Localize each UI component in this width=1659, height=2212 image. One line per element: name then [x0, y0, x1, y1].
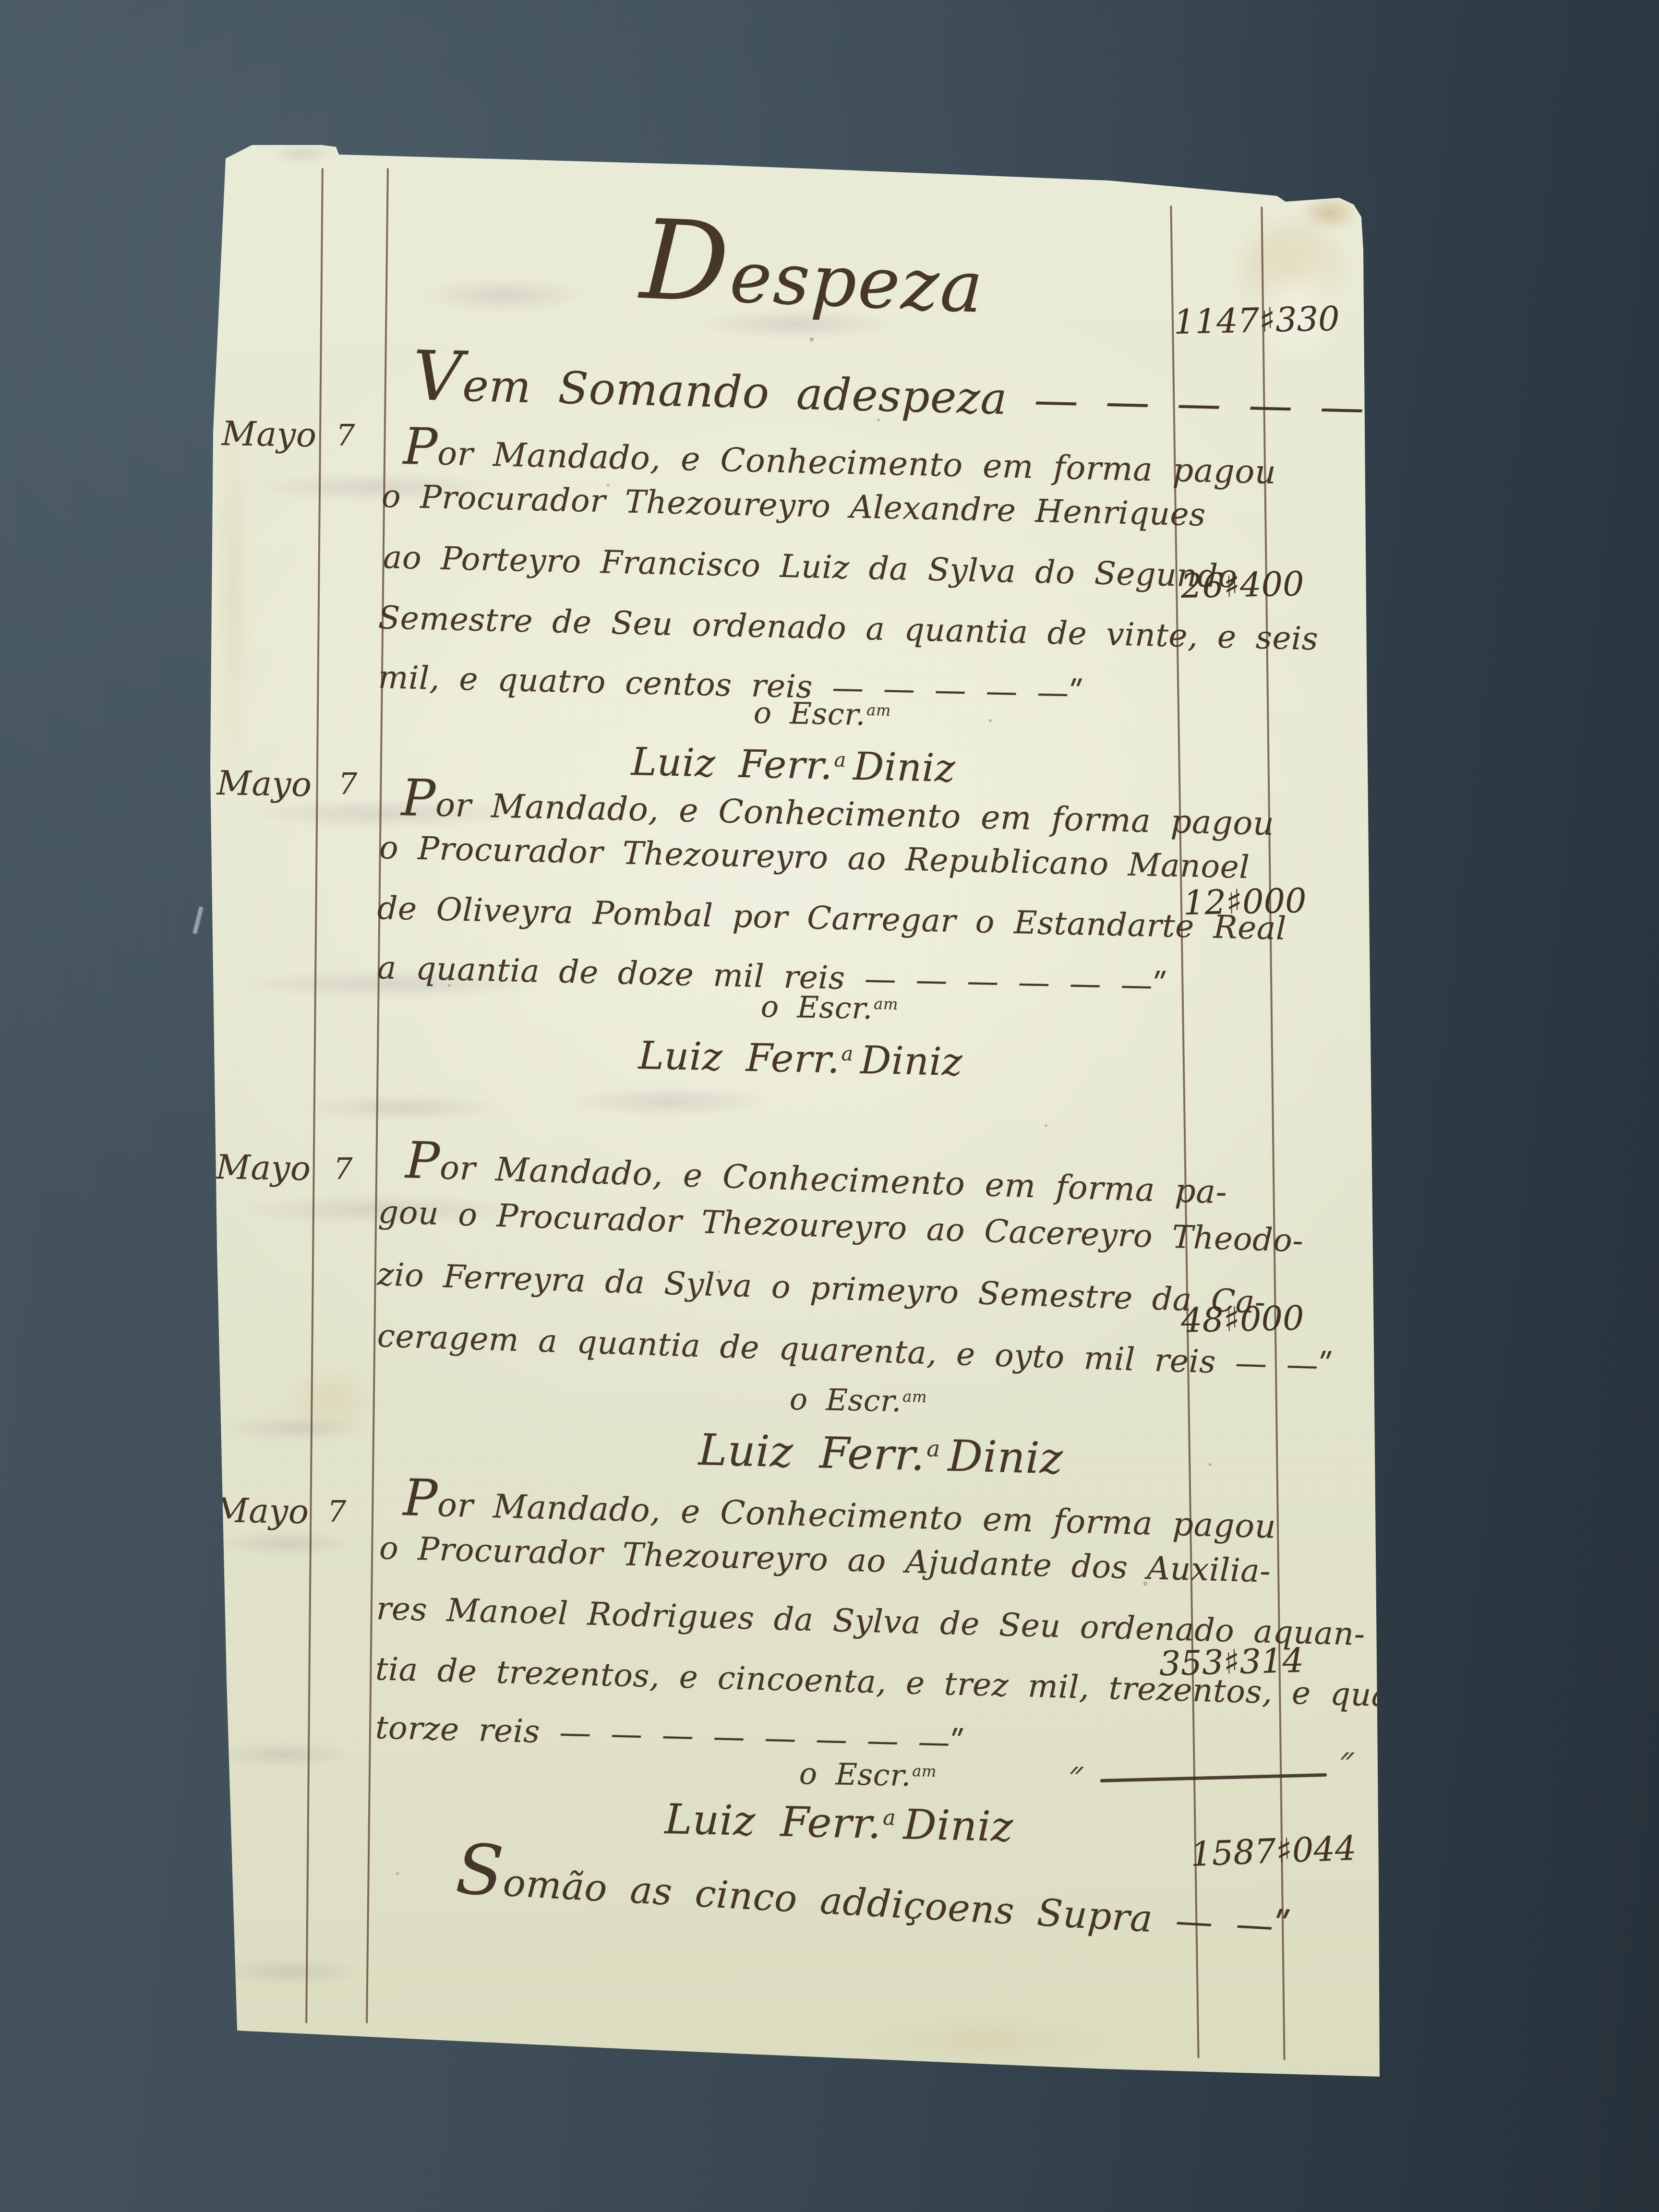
entry-line: mil, e quatro centos reis — — — — —ʺ — [378, 659, 1084, 711]
amount-value: 353♯314 — [1159, 1641, 1304, 1683]
photo-background: Despeza Vem Somando adespeza — — — — —ʺ … — [0, 0, 1659, 2212]
escrivao-label: o Escr. — [799, 1756, 911, 1793]
entry-date: Mayo — [221, 414, 317, 455]
amount-value: 12♯000 — [1183, 881, 1307, 923]
page-title: Despeza — [638, 196, 987, 338]
signature-escrivao: o Escr.am — [753, 695, 891, 733]
signature-superscript: a — [834, 748, 847, 772]
sum-rule — [1100, 1773, 1327, 1782]
bleedthrough-smudge — [422, 278, 586, 312]
signature-escrivao: o Escr.am — [799, 1756, 937, 1793]
stain — [1291, 190, 1368, 236]
bleedthrough-smudge — [218, 1531, 353, 1555]
escrivao-superscript: am — [902, 1387, 927, 1406]
carry-forward-text: Vem Somando adespeza — [412, 359, 1008, 424]
signature-superscript: a — [841, 1042, 854, 1066]
signature-name: Luiz Ferr.aDiniz — [638, 1033, 963, 1084]
bleedthrough-smudge — [269, 143, 336, 164]
amount-value: 1587♯044 — [1190, 1828, 1357, 1874]
total-dashes: — —ʺ — [1152, 1898, 1293, 1948]
amount-value: 48♯000 — [1180, 1298, 1304, 1340]
entry-day: 7 — [338, 766, 358, 801]
amount-value: 26♯400 — [1180, 564, 1304, 606]
signature-escrivao: o Escr.am — [760, 989, 898, 1026]
carry-forward-dashes: — — — — —ʺ — [1007, 373, 1386, 433]
sum-rule-tick: ʺ — [1056, 1763, 1088, 1798]
signature-name-part: Luiz Ferr. — [698, 1425, 926, 1481]
entry-day: 7 — [336, 418, 355, 453]
signature-name-part: Luiz Ferr. — [664, 1795, 882, 1848]
bleedthrough-smudge — [302, 1094, 504, 1121]
signature-name: Luiz Ferr.aDiniz — [664, 1795, 1014, 1851]
entry-day: 7 — [334, 1151, 353, 1186]
stain — [1379, 1210, 1407, 1241]
escrivao-label: o Escr. — [753, 695, 866, 732]
signature-name-part: Luiz Ferr. — [638, 1033, 841, 1082]
escrivao-label: o Escr. — [760, 989, 873, 1026]
bleedthrough-smudge — [216, 1743, 350, 1767]
dust-fleck — [192, 906, 204, 934]
signature-name: Luiz Ferr.aDiniz — [698, 1425, 1064, 1484]
signature-surname: Diniz — [903, 1801, 1014, 1851]
escrivao-label: o Escr. — [789, 1382, 902, 1419]
entry-line: de Oliveyra Pombal por Carregar o Estand… — [377, 890, 1287, 947]
signature-escrivao: o Escr.am — [789, 1382, 927, 1419]
manuscript-page: Despeza Vem Somando adespeza — — — — —ʺ … — [0, 0, 1659, 2212]
escrivao-superscript: am — [912, 1762, 937, 1780]
signature-surname: Diniz — [948, 1431, 1064, 1484]
entry-date: Mayo — [214, 1491, 309, 1531]
stain — [816, 2011, 1152, 2069]
total-text: Somão as cinco addiçoens Supra — [454, 1859, 1154, 1941]
foxing-specks — [0, 0, 1, 1]
entry-date: Mayo — [216, 763, 312, 804]
entry-date: Mayo — [216, 1147, 311, 1188]
escrivao-superscript: am — [866, 701, 891, 720]
amount-value: 1147♯330 — [1173, 299, 1340, 342]
bleedthrough-smudge — [566, 1087, 773, 1116]
entry-line: zio Ferreyra da Sylva o primeyro Semestr… — [377, 1256, 1266, 1321]
bleedthrough-smudge — [218, 1959, 362, 1985]
entry-line: torze reis — — — — — — — —ʺ — [375, 1709, 965, 1761]
bleedthrough-smudge — [226, 1416, 370, 1440]
sum-rule-tick: ʺ — [1326, 1748, 1358, 1783]
signature-superscript: a — [883, 1805, 897, 1831]
entry-day: 7 — [327, 1494, 347, 1529]
escrivao-superscript: am — [874, 995, 899, 1013]
signature-superscript: a — [926, 1436, 941, 1463]
signature-surname: Diniz — [860, 1038, 963, 1084]
entry-line: ao Porteyro Francisco Luiz da Sylva do S… — [383, 539, 1238, 595]
